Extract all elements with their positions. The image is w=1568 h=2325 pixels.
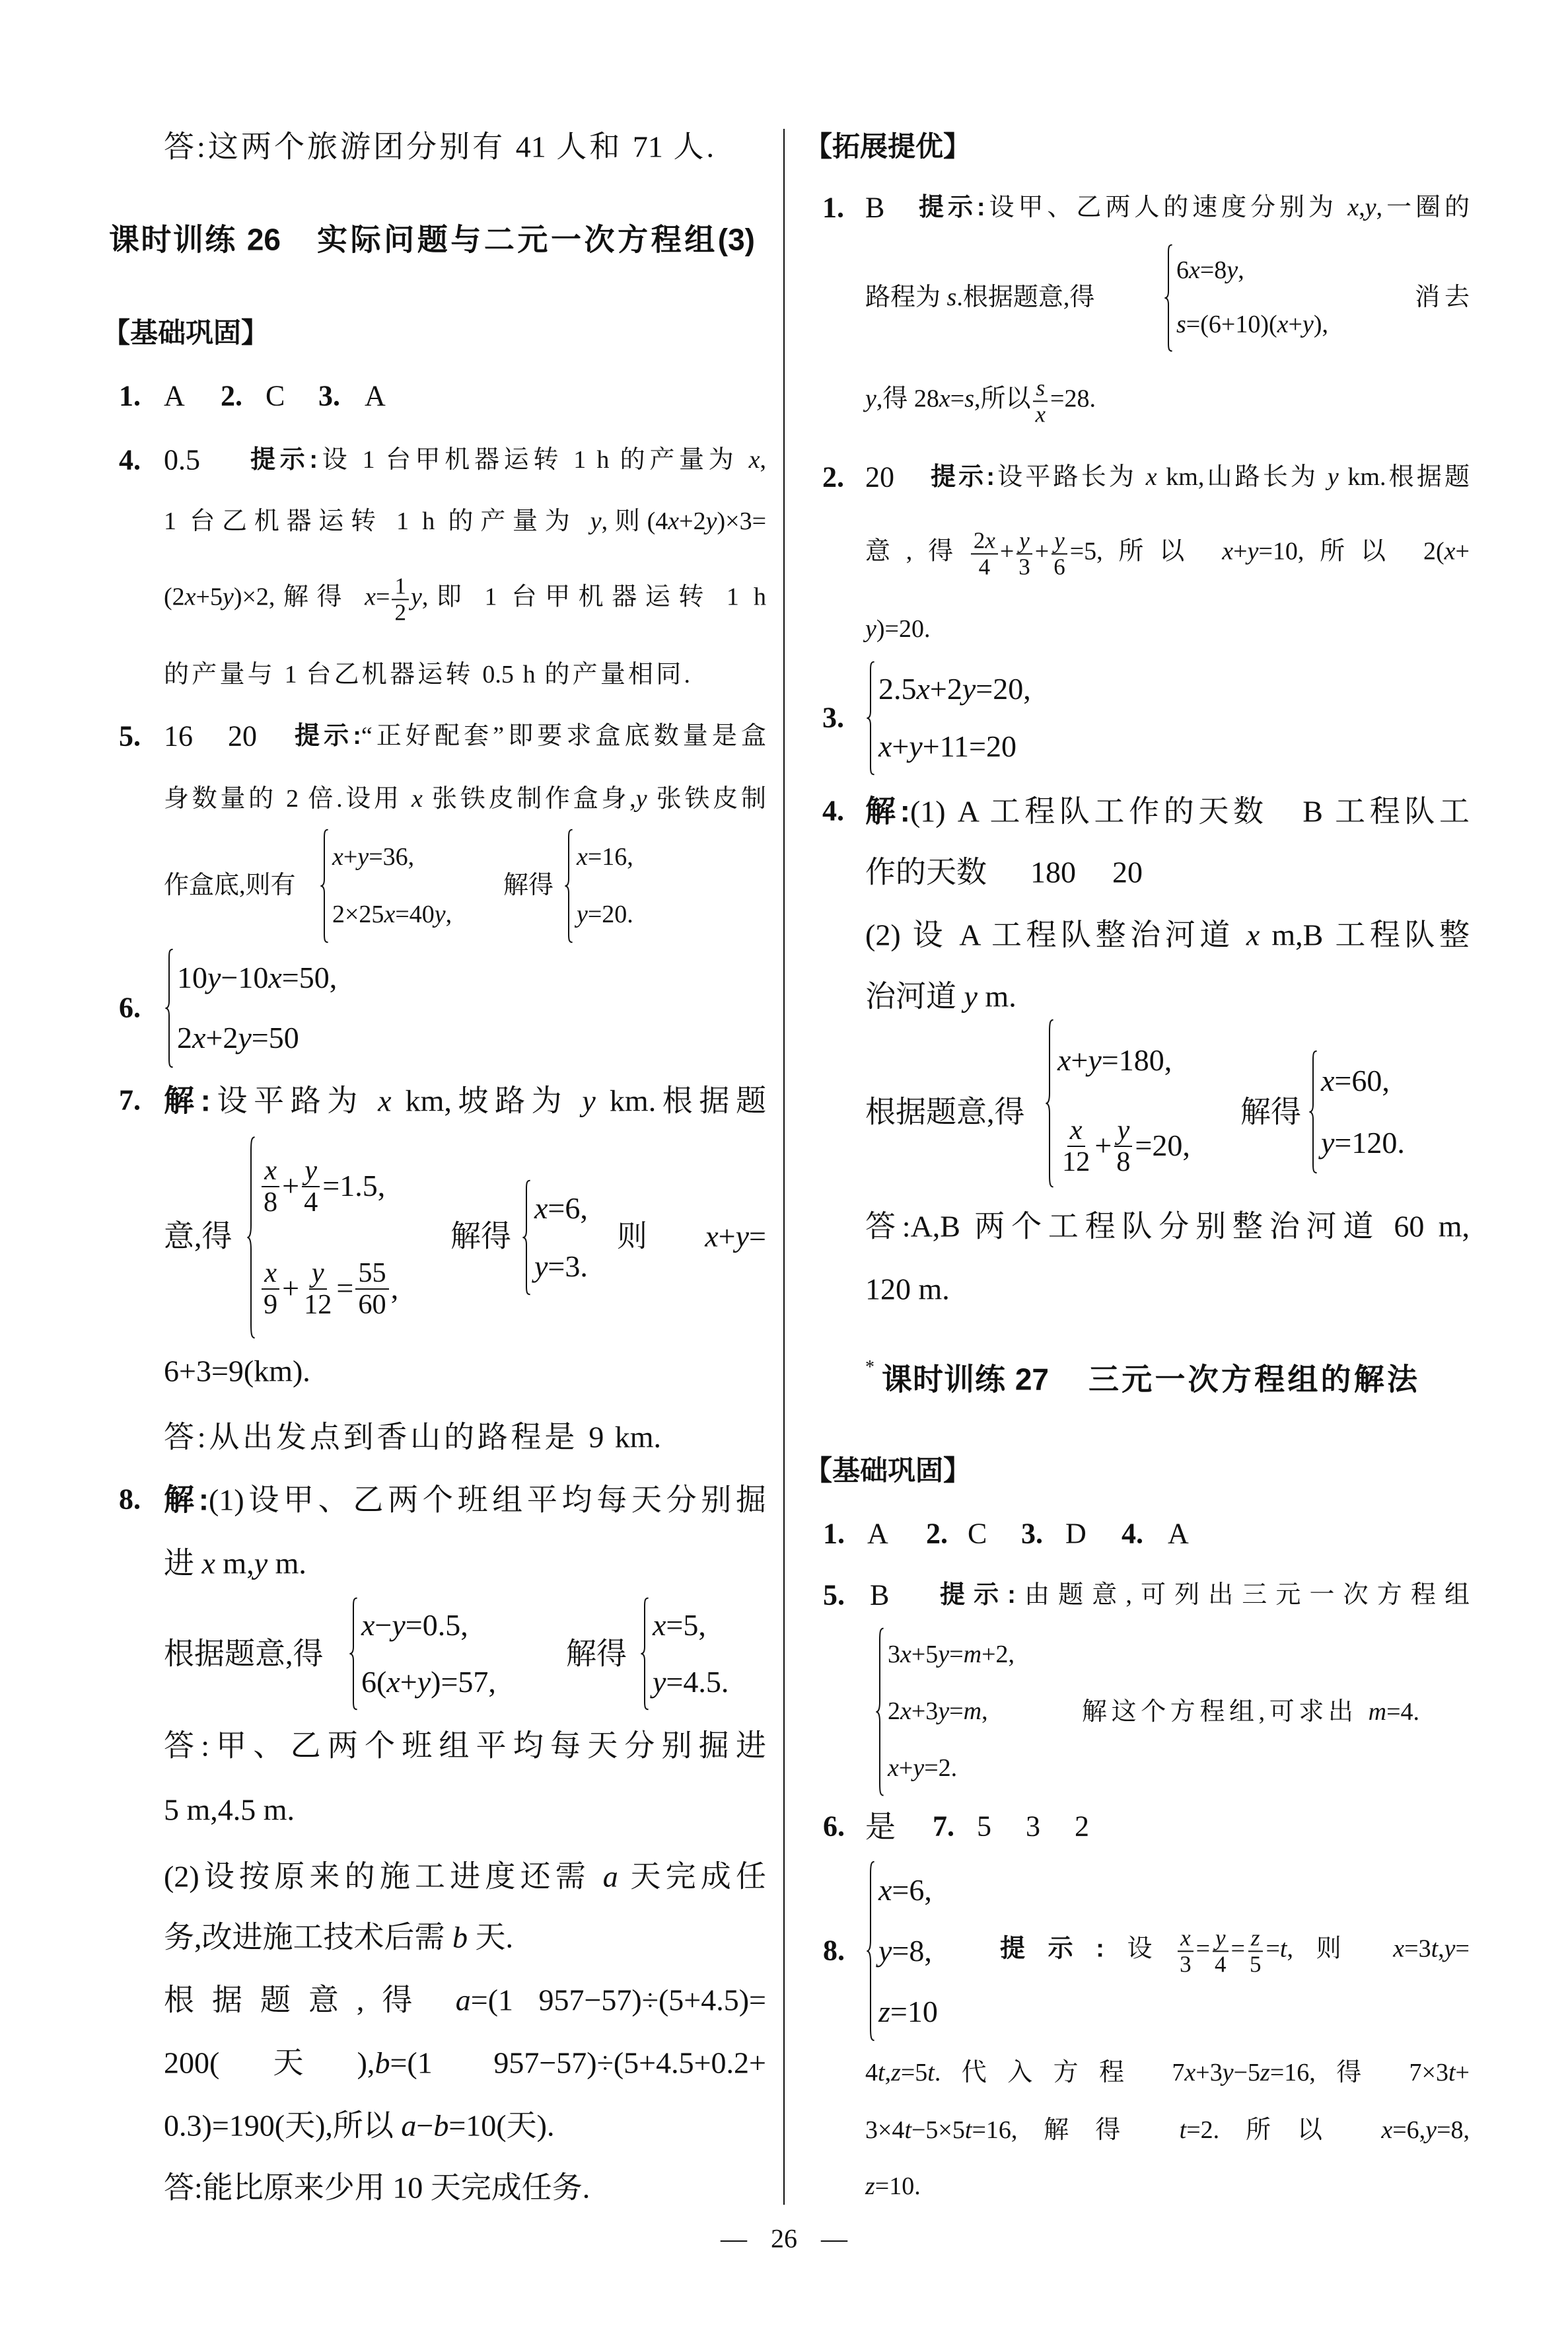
final-answer: 答:甲、乙两个班组平均每天分别掘进 bbox=[164, 1727, 766, 1763]
equation: 6(x+y)=57, bbox=[361, 1654, 496, 1711]
fraction-numerator: x bbox=[262, 1258, 279, 1289]
fraction-denominator: 4 bbox=[1212, 1952, 1229, 1977]
equation: y=4.5. bbox=[653, 1654, 729, 1711]
equation-system: x−y=0.5, 6(x+y)=57, bbox=[348, 1597, 496, 1711]
left-brace-icon bbox=[1044, 1018, 1055, 1189]
operator: + bbox=[282, 1169, 299, 1203]
solution-text: 作的天数 bbox=[865, 854, 987, 890]
final-answer: 答:A,B 两个工程队分别整治河道 60 m, bbox=[865, 1208, 1470, 1244]
equation: x+y=36, bbox=[332, 829, 452, 886]
equation-system: 6x=8y, s=(6+10)(x+y), bbox=[1163, 244, 1328, 352]
choice-answer: B bbox=[870, 1578, 889, 1613]
left-brace-icon bbox=[874, 1627, 885, 1797]
choice-answer: D bbox=[1065, 1517, 1087, 1552]
equation-system: x+y=36, 2×25x=40y, bbox=[319, 829, 452, 943]
hint-line: 提示:设平路长为 x km,山路长为 y km.根据题 bbox=[931, 462, 1470, 493]
question-number: 3. bbox=[1021, 1517, 1043, 1552]
fraction-numerator: x bbox=[1067, 1115, 1085, 1146]
fraction: y4 bbox=[301, 1156, 320, 1216]
hint-text: 设甲、乙两人的速度分别为 x,y,一圈的 bbox=[985, 194, 1470, 221]
hint-text: 由题意,可列出三元一次方程组 bbox=[1016, 1581, 1470, 1609]
page-number: —26— bbox=[0, 2223, 1568, 2254]
solution-text: 则 x+y= bbox=[617, 1218, 766, 1254]
fraction-numerator: z bbox=[1248, 1925, 1263, 1952]
fraction: y4 bbox=[1212, 1925, 1229, 1976]
fraction-numerator: 2x bbox=[971, 528, 998, 554]
lesson-title-number: 课时训练 26 bbox=[109, 221, 281, 258]
solve-label: 解得 bbox=[450, 1218, 511, 1254]
left-brace-icon bbox=[1308, 1050, 1318, 1174]
fraction: z5 bbox=[1247, 1925, 1264, 1976]
section-heading-basic: 【基础巩固】 bbox=[804, 1454, 971, 1487]
solution-label: 解: bbox=[164, 1083, 211, 1117]
operator: = bbox=[336, 1272, 353, 1306]
solution-text: 设平路为 x km,坡路为 y km.根据题 bbox=[211, 1084, 766, 1117]
solution-text: (1) A 工程队工作的天数 B 工程队工 bbox=[910, 794, 1470, 828]
choice-answer: B bbox=[865, 191, 884, 226]
left-brace-icon bbox=[639, 1597, 650, 1711]
page-number-dash: — bbox=[821, 2223, 847, 2254]
hint-line: 提示:“正好配套”即要求盒底数量是盒 bbox=[295, 721, 766, 752]
choice-answer: A bbox=[867, 1517, 888, 1552]
equation: y=120. bbox=[1321, 1112, 1405, 1174]
equation: x−y=0.5, bbox=[361, 1597, 496, 1654]
solution-system: x=16, y=20. bbox=[563, 829, 633, 943]
hint-line: 1 台乙机器运转 1 h 的产量为 y,则(4x+2y)×3= bbox=[164, 507, 766, 537]
solution-line: 解:(1) A 工程队工作的天数 B 工程队工 bbox=[865, 793, 1470, 829]
left-brace-icon bbox=[563, 829, 574, 943]
fraction-denominator: 12 bbox=[1059, 1147, 1092, 1177]
hint-label: 提示: bbox=[250, 446, 318, 474]
equation: 2.5x+2y=20, bbox=[878, 661, 1031, 718]
fraction-denominator: x bbox=[1033, 402, 1049, 427]
question-number: 1. bbox=[823, 1517, 845, 1552]
equation: x=6, bbox=[878, 1860, 938, 1921]
equation: y=8, bbox=[878, 1921, 938, 1981]
previous-answer: 答:这两个旅游团分别有 41 人和 71 人. bbox=[164, 128, 714, 165]
fraction-denominator: 3 bbox=[1177, 1952, 1194, 1977]
fraction-denominator: 5 bbox=[1247, 1952, 1264, 1977]
answer-key-page: 答:这两个旅游团分别有 41 人和 71 人. 课时训练 26 实际问题与二元一… bbox=[0, 0, 1568, 2325]
fraction-denominator: 8 bbox=[261, 1187, 280, 1217]
solution-system: x=5, y=4.5. bbox=[639, 1597, 729, 1711]
hint-line: y,得 28x=s,所以sx=28. bbox=[865, 375, 1096, 426]
equation-system: 2.5x+2y=20, x+y+11=20 bbox=[865, 661, 1031, 776]
left-brace-icon bbox=[865, 661, 876, 776]
left-brace-icon bbox=[1163, 244, 1174, 352]
question-number: 5. bbox=[119, 720, 141, 755]
equation: 10y−10x=50, bbox=[177, 948, 337, 1008]
hint-text: y,得 28x=s,所以 bbox=[865, 385, 1031, 413]
answer-value: 180 bbox=[1030, 854, 1076, 890]
question-number: 2. bbox=[221, 379, 242, 414]
equation: x8 + y4 =1.5, bbox=[259, 1135, 398, 1237]
equation: x=5, bbox=[653, 1597, 729, 1654]
equation: 6x=8y, bbox=[1176, 244, 1328, 298]
fraction: y6 bbox=[1051, 528, 1067, 579]
hint-text: 作盒底,则有 bbox=[164, 871, 296, 901]
fraction-numerator: y bbox=[1114, 1115, 1132, 1146]
solution-line: 解:(1)设甲、乙两个班组平均每天分别掘 bbox=[164, 1481, 766, 1518]
operator: + bbox=[1035, 538, 1049, 566]
solution-line: 解:设平路为 x km,坡路为 y km.根据题 bbox=[164, 1082, 766, 1119]
hint-line: 3×4t−5×5t=16,解得 t=2.所以 x=6,y=8, bbox=[865, 2116, 1470, 2146]
fraction-numerator: y bbox=[302, 1156, 320, 1187]
left-brace-icon bbox=[521, 1179, 532, 1296]
equation-rest: =20, bbox=[1135, 1129, 1190, 1163]
hint-label: 提示: bbox=[919, 194, 985, 221]
hint-text: “正好配套”即要求盒底数量是盒 bbox=[361, 722, 766, 750]
solution-text: 根据题意,得 bbox=[865, 1093, 1025, 1130]
fraction: y12 bbox=[301, 1258, 334, 1319]
fraction-numerator: y bbox=[1016, 528, 1032, 554]
equation: 2×25x=40y, bbox=[332, 886, 452, 943]
fraction-denominator: 3 bbox=[1016, 554, 1032, 579]
section-heading-basic: 【基础巩固】 bbox=[102, 316, 269, 350]
fraction: x3 bbox=[1177, 1925, 1194, 1976]
hint-text: 意,得 bbox=[865, 538, 969, 566]
equation: y=3. bbox=[534, 1237, 588, 1296]
optional-star-icon: * bbox=[865, 1356, 874, 1379]
equation: x12 + y8 =20, bbox=[1057, 1103, 1190, 1189]
hint-line: 4t,z=5t.代入方程 7x+3y−5z=16,得 7×3t+ bbox=[865, 2058, 1470, 2088]
question-number: 5. bbox=[823, 1578, 845, 1613]
lesson-title: 三元一次方程组的解法 bbox=[1088, 1361, 1417, 1397]
question-number: 7. bbox=[933, 1810, 954, 1845]
hint-line: z=10. bbox=[865, 2172, 921, 2202]
question-number: 4. bbox=[119, 443, 141, 478]
fraction-numerator: 55 bbox=[355, 1258, 388, 1289]
page-number-value: 26 bbox=[771, 2223, 797, 2254]
left-brace-icon bbox=[319, 829, 330, 943]
hint-text: =t,则 x=3t,y= bbox=[1265, 1935, 1470, 1963]
question-number: 8. bbox=[823, 1934, 845, 1969]
question-number: 1. bbox=[119, 379, 141, 414]
equation: x=6, bbox=[534, 1179, 588, 1237]
solution-text: (2) 设 A 工程队整治河道 x m,B 工程队整 bbox=[865, 916, 1470, 953]
question-number: 8. bbox=[119, 1483, 141, 1518]
fraction-denominator: 8 bbox=[1114, 1147, 1133, 1177]
solve-label: 解得 bbox=[503, 871, 553, 901]
hint-text: =5,所以 x+y=10,所以 2(x+ bbox=[1070, 538, 1470, 566]
operator: = bbox=[1231, 1935, 1245, 1963]
fraction: 12 bbox=[392, 573, 408, 624]
fraction-denominator: 4 bbox=[301, 1187, 320, 1217]
fraction: y8 bbox=[1114, 1115, 1133, 1176]
left-brace-icon bbox=[865, 1860, 876, 2042]
question-number: 6. bbox=[119, 991, 141, 1026]
operator: + bbox=[1094, 1129, 1112, 1163]
lesson-title-number: 课时训练 27 bbox=[882, 1361, 1049, 1397]
answer-value: 3 bbox=[1026, 1810, 1040, 1845]
left-brace-icon bbox=[348, 1597, 359, 1711]
equation-system: x+y=180, x12 + y8 =20, bbox=[1044, 1018, 1190, 1189]
solution-text: 根据题意,得 bbox=[164, 1635, 324, 1672]
answer-value: 0.5 bbox=[164, 443, 200, 478]
fraction-denominator: 12 bbox=[301, 1290, 334, 1319]
solution-system: x=60, y=120. bbox=[1308, 1050, 1405, 1174]
equation: x=60, bbox=[1321, 1050, 1405, 1112]
final-answer: 5 m,4.5 m. bbox=[164, 1791, 295, 1827]
hint-text: =28. bbox=[1050, 385, 1096, 413]
fraction: y3 bbox=[1016, 528, 1032, 579]
hint-line: 意,得2x4+y3+y6=5,所以 x+y=10,所以 2(x+ bbox=[865, 528, 1470, 579]
hint-text: 消去 bbox=[1415, 283, 1470, 313]
hint-text: (2x+5y)×2,解得 x= bbox=[164, 583, 390, 611]
equation-system: x8 + y4 =1.5, x9 + y12 = 5560 , bbox=[246, 1135, 398, 1340]
solution-text: 意,得 bbox=[164, 1218, 232, 1254]
solution-text: 进 x m,y m. bbox=[164, 1545, 306, 1581]
equation: 2x+2y=50 bbox=[177, 1008, 337, 1068]
question-number: 4. bbox=[822, 794, 844, 829]
equation: x9 + y12 = 5560 , bbox=[259, 1237, 398, 1340]
fraction-numerator: s bbox=[1033, 375, 1048, 402]
equation-rest: =1.5, bbox=[322, 1169, 385, 1203]
hint-line: 身数量的 2 倍.设用 x 张铁皮制作盒身,y 张铁皮制 bbox=[164, 784, 766, 815]
solution-text: (2)设按原来的施工进度还需 a 天完成任 bbox=[164, 1858, 766, 1894]
solution-text: 0.3)=190(天),所以 a−b=10(天). bbox=[164, 2107, 554, 2143]
fraction-denominator: 60 bbox=[355, 1290, 388, 1319]
answer-value: 20 bbox=[865, 461, 894, 496]
solve-label: 解得 bbox=[566, 1635, 627, 1672]
fraction: sx bbox=[1033, 375, 1049, 426]
fraction-denominator: 9 bbox=[261, 1290, 280, 1319]
fraction-numerator: x bbox=[1178, 1925, 1194, 1952]
hint-label: 提示: bbox=[940, 1581, 1016, 1609]
choice-answer: A bbox=[164, 379, 185, 414]
solution-system: x=6, y=3. bbox=[521, 1179, 588, 1296]
solution-system: x=6, y=8, z=10 bbox=[865, 1860, 938, 2042]
hint-text: 设 1 台甲机器运转 1 h 的产量为 x, bbox=[318, 446, 766, 474]
final-answer: 答:从出发点到香山的路程是 9 km. bbox=[164, 1419, 661, 1455]
choice-answer: C bbox=[266, 379, 285, 414]
hint-label: 提示: bbox=[931, 463, 995, 491]
equation: 3x+5y=m+2, bbox=[888, 1627, 1015, 1683]
operator: = bbox=[1196, 1935, 1210, 1963]
fraction: x12 bbox=[1059, 1115, 1092, 1176]
equation-rest: , bbox=[391, 1272, 399, 1306]
equation: 2x+3y=m, bbox=[888, 1683, 1015, 1740]
choice-answer: A bbox=[365, 379, 386, 414]
question-number: 3. bbox=[822, 701, 844, 736]
hint-text: y)=20. bbox=[865, 614, 930, 645]
question-number: 1. bbox=[822, 191, 844, 226]
fraction-numerator: x bbox=[262, 1156, 279, 1187]
fraction: x8 bbox=[261, 1156, 280, 1216]
question-number: 4. bbox=[1122, 1517, 1143, 1552]
hint-text: 解这个方程组,可求出 m=4. bbox=[1082, 1697, 1419, 1728]
section-heading-extension: 【拓展提优】 bbox=[804, 130, 971, 163]
solution-label: 解: bbox=[164, 1482, 209, 1516]
fraction-denominator: 6 bbox=[1051, 554, 1067, 579]
equation-system: 3x+5y=m+2, 2x+3y=m, x+y=2. bbox=[874, 1627, 1015, 1797]
equation: x+y=180, bbox=[1057, 1018, 1190, 1103]
solution-text: 治河道 y m. bbox=[865, 978, 1016, 1014]
fraction: 5560 bbox=[355, 1258, 388, 1319]
answer-value: 16 bbox=[164, 720, 193, 755]
choice-answer: C bbox=[968, 1517, 987, 1552]
final-answer: 答:能比原来少用 10 天完成任务. bbox=[164, 2169, 590, 2205]
hint-line: 提示:设 1 台甲机器运转 1 h 的产量为 x, bbox=[250, 445, 766, 476]
question-number: 2. bbox=[822, 461, 844, 496]
page-number-dash: — bbox=[721, 2223, 747, 2254]
solution-text: 200(天),b=(1 957−57)÷(5+4.5+0.2+ bbox=[164, 2044, 766, 2081]
fraction-numerator: y bbox=[309, 1258, 327, 1289]
operator: + bbox=[282, 1272, 299, 1306]
choice-answer: A bbox=[1168, 1517, 1189, 1552]
hint-line: 提示:设甲、乙两人的速度分别为 x,y,一圈的 bbox=[919, 193, 1470, 223]
operator: + bbox=[1000, 538, 1014, 566]
left-brace-icon bbox=[246, 1135, 256, 1340]
hint-line: 的产量与 1 台乙机器运转 0.5 h 的产量相同. bbox=[164, 660, 690, 690]
answer-value: 是 bbox=[865, 1808, 896, 1845]
question-number: 7. bbox=[119, 1084, 141, 1119]
answer-value: 20 bbox=[228, 720, 257, 755]
solution-text: (1)设甲、乙两个班组平均每天分别掘 bbox=[209, 1483, 766, 1516]
fraction-denominator: 4 bbox=[976, 554, 993, 579]
hint-label: 提示: bbox=[295, 722, 361, 750]
question-number: 2. bbox=[926, 1517, 948, 1552]
answer-value: 20 bbox=[1112, 854, 1143, 890]
column-divider bbox=[783, 129, 785, 2205]
hint-text: 设平路长为 x km,山路长为 y km.根据题 bbox=[995, 463, 1470, 491]
fraction: x9 bbox=[261, 1258, 280, 1319]
solve-label: 解得 bbox=[1240, 1093, 1301, 1130]
fraction-denominator: 2 bbox=[392, 600, 408, 625]
equation: x+y+11=20 bbox=[878, 718, 1031, 776]
fraction-numerator: y bbox=[1051, 528, 1067, 554]
answer-value: 2 bbox=[1075, 1810, 1089, 1845]
question-number: 3. bbox=[318, 379, 340, 414]
hint-line: 提示:设x3=y4=z5=t,则 x=3t,y= bbox=[1000, 1925, 1470, 1976]
fraction-numerator: y bbox=[1213, 1925, 1229, 1952]
equation: y=20. bbox=[577, 886, 633, 943]
left-brace-icon bbox=[164, 948, 174, 1068]
fraction: 2x4 bbox=[971, 528, 998, 579]
equation-system: 10y−10x=50, 2x+2y=50 bbox=[164, 948, 337, 1068]
hint-text: 路程为 s.根据题意,得 bbox=[865, 283, 1094, 313]
equation: x+y=2. bbox=[888, 1740, 1015, 1797]
equation: x=16, bbox=[577, 829, 633, 886]
solution-text: 根据题意,得 a=(1 957−57)÷(5+4.5)= bbox=[164, 1981, 766, 2018]
lesson-title: 实际问题与二元一次方程组(3) bbox=[317, 221, 755, 258]
solution-text: 务,改进施工技术后需 b 天. bbox=[164, 1919, 513, 1955]
solution-text: 6+3=9(km). bbox=[164, 1352, 310, 1389]
question-number: 6. bbox=[823, 1810, 845, 1845]
final-answer: 120 m. bbox=[865, 1271, 950, 1307]
hint-label: 提示: bbox=[1000, 1935, 1104, 1963]
fraction-numerator: 1 bbox=[392, 573, 408, 600]
hint-line: 提示:由题意,可列出三元一次方程组 bbox=[940, 1580, 1470, 1611]
hint-text: y,即 1 台甲机器运转 1 h bbox=[411, 583, 766, 611]
equation: s=(6+10)(x+y), bbox=[1176, 298, 1328, 352]
solution-label: 解: bbox=[865, 793, 910, 828]
equation: z=10 bbox=[878, 1981, 938, 2042]
answer-value: 5 bbox=[977, 1810, 991, 1845]
hint-text: 设 bbox=[1104, 1935, 1175, 1963]
hint-line: (2x+5y)×2,解得 x=12y,即 1 台甲机器运转 1 h bbox=[164, 573, 766, 624]
